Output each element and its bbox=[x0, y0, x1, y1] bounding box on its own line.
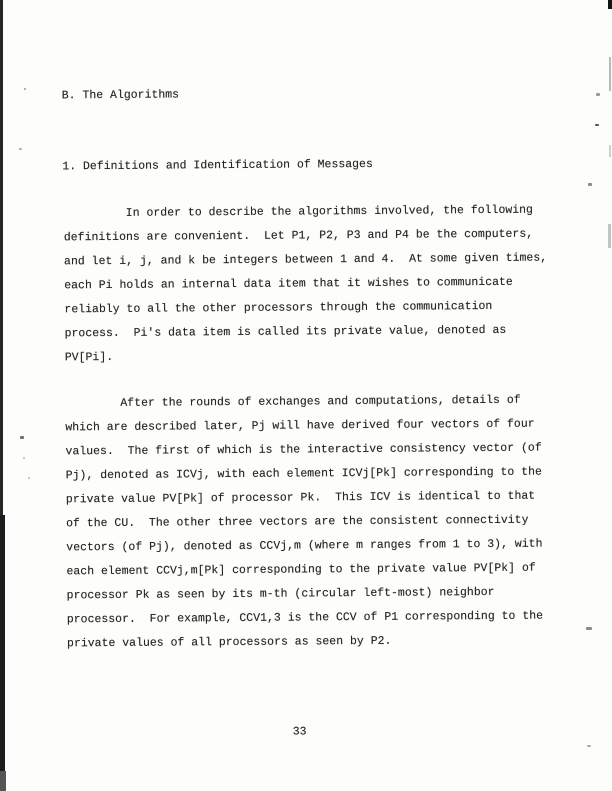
scan-speck bbox=[587, 745, 591, 747]
scan-edge-artifact bbox=[608, 224, 611, 248]
scanned-page: B. The Algorithms 1. Definitions and Ide… bbox=[0, 0, 612, 791]
section-heading: B. The Algorithms bbox=[62, 83, 180, 108]
scan-speck bbox=[595, 124, 599, 126]
scan-speck bbox=[19, 148, 22, 150]
scan-edge-artifact bbox=[0, 771, 6, 791]
page-content: B. The Algorithms 1. Definitions and Ide… bbox=[0, 0, 612, 791]
page-number: 33 bbox=[293, 720, 307, 744]
scan-speck bbox=[28, 477, 30, 479]
scan-speck bbox=[586, 627, 592, 630]
scan-edge-artifact bbox=[609, 57, 611, 91]
scan-speck bbox=[588, 183, 592, 186]
paragraph: In order to describe the algorithms invo… bbox=[64, 198, 587, 370]
subsection-heading: 1. Definitions and Identification of Mes… bbox=[62, 153, 373, 179]
scan-edge-artifact bbox=[0, 515, 5, 771]
scan-speck bbox=[596, 93, 600, 96]
scan-edge-artifact bbox=[609, 145, 611, 157]
scan-speck bbox=[20, 436, 24, 439]
scan-edge-artifact bbox=[608, 0, 612, 9]
scan-speck bbox=[24, 88, 26, 90]
scan-speck bbox=[23, 457, 25, 459]
scan-edge-artifact bbox=[0, 0, 3, 515]
paragraph: After the rounds of exchanges and comput… bbox=[65, 388, 589, 656]
